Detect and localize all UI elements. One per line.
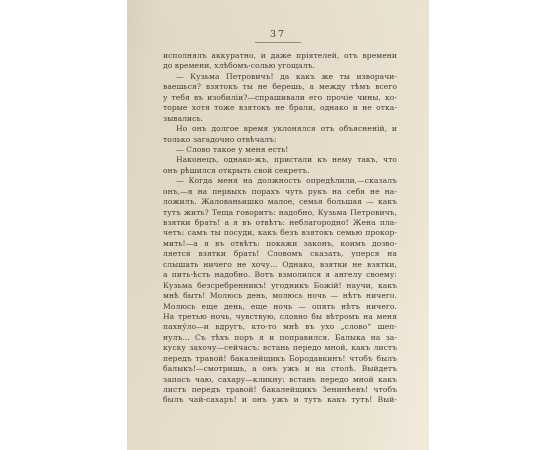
- book-page-scan: 37 исполнялъ аккуратно, и даже пріятелей…: [127, 0, 429, 450]
- page-header: 37: [127, 29, 429, 43]
- text-line: передъ травой! бакалейщикъ Бородавкинъ! …: [163, 354, 397, 364]
- text-line: только загадочно отвѣчалъ:: [163, 135, 397, 145]
- text-line: слышать ничего не хочу... Однако, взятки…: [163, 260, 397, 270]
- text-line: балыкъ!—смотришь, а онъ ужъ и на столѣ. …: [163, 364, 397, 374]
- text-line: Молюсь еще день, еще ночь — опять нѣтъ н…: [163, 302, 397, 312]
- text-line: а пить-ѣсть надобно. Вотъ взмолился я ан…: [163, 270, 397, 280]
- text-line: ляется взятки брать! Словомъ сказать, уп…: [163, 249, 397, 259]
- text-line: взятки брать! а я въ отвѣтъ: неблагородн…: [163, 218, 397, 228]
- text-line: запасъ чаю, сахару—кликну: встань передо…: [163, 375, 397, 385]
- text-line: — Когда меня на должность опредѣлили,—ск…: [163, 176, 397, 186]
- text-line: — Слово такое у меня есть!: [163, 145, 397, 155]
- text-line: ваешься? взятокъ ты не берешь, а между т…: [163, 82, 397, 92]
- text-line: до времени, хлѣбомъ-солью угощалъ.: [163, 61, 397, 71]
- text-line: онъ рѣшился открыть свой секретъ.: [163, 166, 397, 176]
- body-text: исполнялъ аккуратно, и даже пріятелей, о…: [163, 51, 397, 406]
- text-line: тутъ жить? Теща говоритъ: надобно, Кузьм…: [163, 208, 397, 218]
- text-line: нулъ... Съ тѣхъ поръ я и поправился. Бал…: [163, 333, 397, 343]
- text-line: листъ передъ травой! бакалейщикъ Зенинѣе…: [163, 385, 397, 395]
- text-line: На третью ночь, чувствую, словно бы вѣтр…: [163, 312, 397, 322]
- text-line: у тебя въ изобиліи?—спрашивали его прочі…: [163, 93, 397, 103]
- text-line: Но онъ долгое время уклонялся отъ объясн…: [163, 124, 397, 134]
- text-line: — Кузьма Петровичъ! да какъ же ты извора…: [163, 72, 397, 82]
- text-line: зывались.: [163, 114, 397, 124]
- text-line: торые хотя тоже взятокъ не брали, однако…: [163, 103, 397, 113]
- header-rule: [255, 42, 301, 43]
- text-line: исполнялъ аккуратно, и даже пріятелей, о…: [163, 51, 397, 61]
- text-line: куску захочу—сейчасъ: встань передо мной…: [163, 343, 397, 353]
- text-line: ложилъ. Жалованьишко малое, семья больша…: [163, 197, 397, 207]
- text-line: мить!—а я въ отвѣтъ: покажи законъ, коим…: [163, 239, 397, 249]
- scan-canvas: 37 исполнялъ аккуратно, и даже пріятелей…: [0, 0, 550, 450]
- text-line: пахну́ло—и вдругъ, кто-то мнѣ въ ухо „сл…: [163, 322, 397, 332]
- text-line: былъ чай-сахаръ! и онъ ужъ и тутъ какъ т…: [163, 395, 397, 405]
- text-line: мнѣ быть! Молюсь день, молюсь ночь — нѣт…: [163, 291, 397, 301]
- text-line: онъ,—я на первыхъ порахъ чуть рукъ на се…: [163, 187, 397, 197]
- page-number: 37: [127, 29, 429, 40]
- text-line: Наконецъ, однако-жъ, пристали къ нему та…: [163, 155, 397, 165]
- text-line: четъ: самъ ты посуди, какъ безъ взятокъ …: [163, 228, 397, 238]
- text-line: Кузьма безсребренникъ! угодникъ Божій! н…: [163, 281, 397, 291]
